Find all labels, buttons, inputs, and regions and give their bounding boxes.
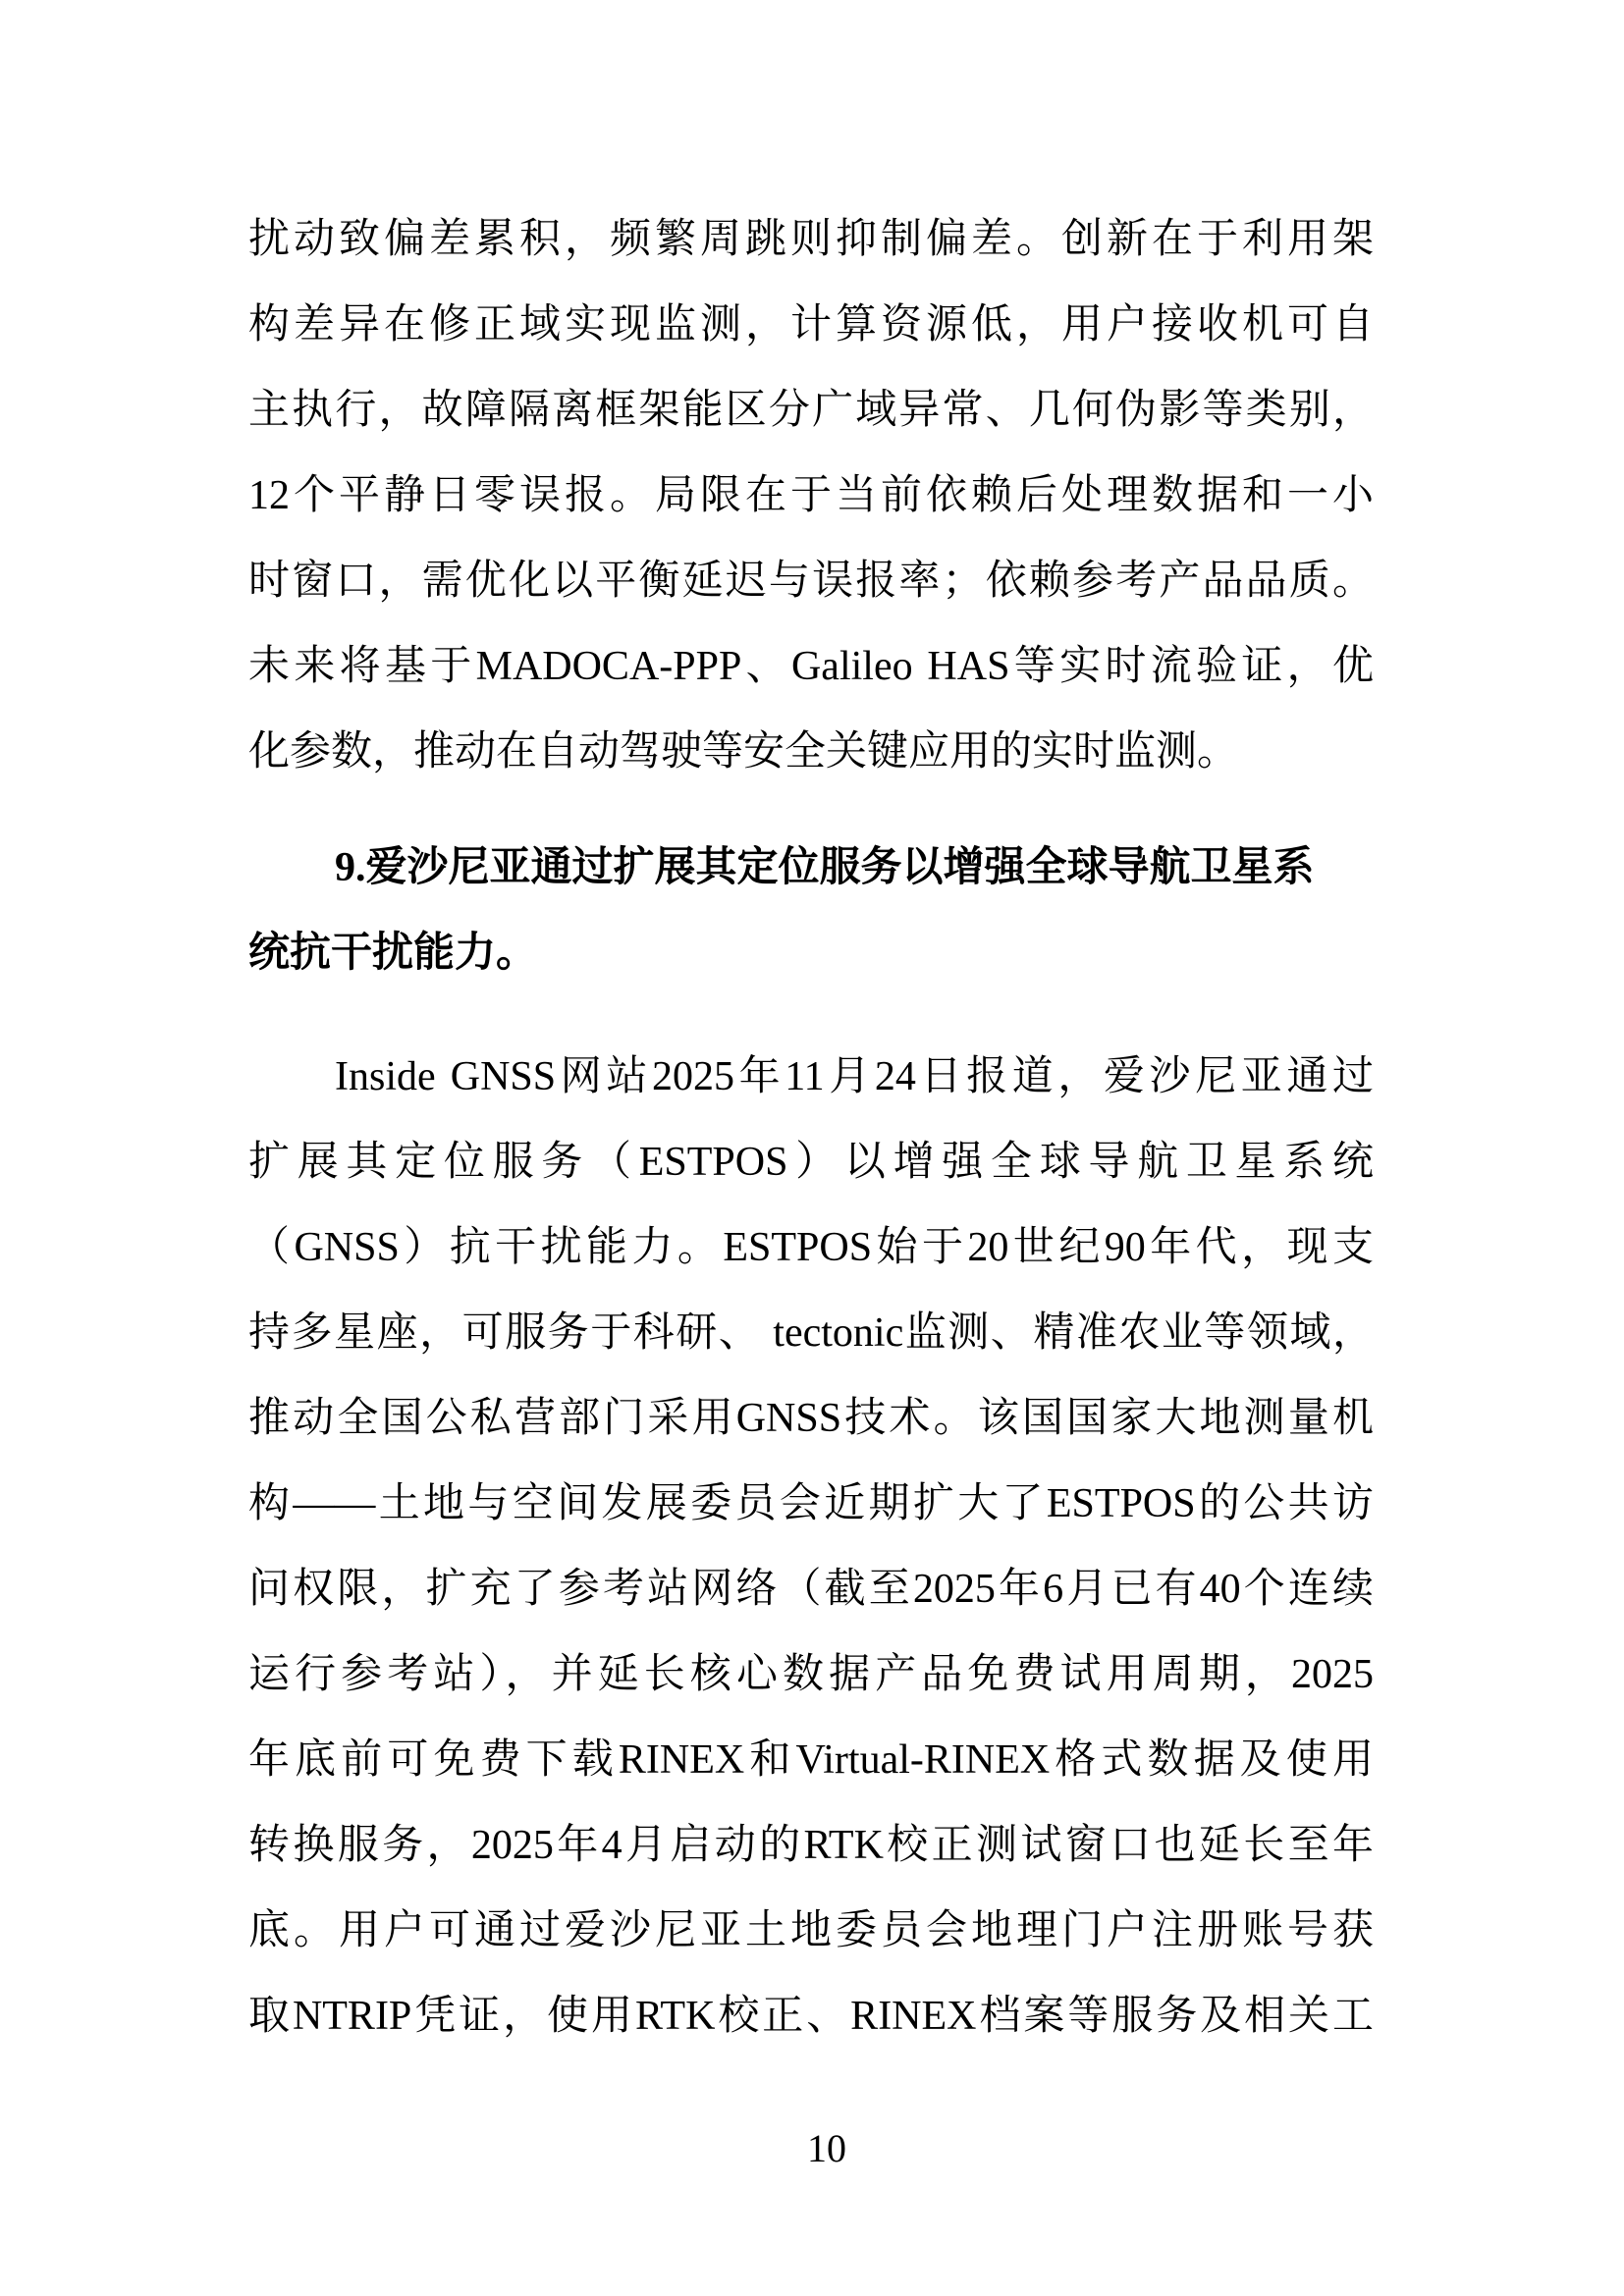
body-line: 构差异在修正域实现监测，计算资源低，用户接收机可自	[248, 283, 1374, 368]
body-line: 扰动致偏差累积，频繁周跳则抑制偏差。创新在于利用架	[248, 197, 1374, 283]
body-line: 持多星座，可服务于科研、 tectonic监测、精准农业等领域，	[248, 1291, 1374, 1376]
body-line: 化参数，推动在自动驾驶等安全关键应用的实时监测。	[248, 710, 1374, 795]
body-line: 底。用户可通过爱沙尼亚土地委员会地理门户注册账号获	[248, 1889, 1374, 1974]
paragraph-continuation: 扰动致偏差累积，频繁周跳则抑制偏差。创新在于利用架 构差异在修正域实现监测，计算…	[248, 197, 1374, 795]
document-page: 扰动致偏差累积，频繁周跳则抑制偏差。创新在于利用架 构差异在修正域实现监测，计算…	[0, 0, 1624, 2296]
body-line: 年底前可免费下载RINEX和Virtual-RINEX格式数据及使用	[248, 1718, 1374, 1803]
body-line: 问权限，扩充了参考站网络（截至2025年6月已有40个连续	[248, 1547, 1374, 1632]
body-line: 转换服务，2025年4月启动的RTK校正测试窗口也延长至年	[248, 1803, 1374, 1889]
body-line: 12个平静日零误报。局限在于当前依赖后处理数据和一小	[248, 454, 1374, 539]
body-line: 运行参考站），并延长核心数据产品免费试用周期，2025	[248, 1632, 1374, 1718]
body-line: Inside GNSS网站2025年11月24日报道，爱沙尼亚通过	[248, 1035, 1374, 1120]
page-number: 10	[0, 2126, 1624, 2171]
text-content: 扰动致偏差累积，频繁周跳则抑制偏差。创新在于利用架 构差异在修正域实现监测，计算…	[248, 197, 1374, 2059]
section-heading: 9.爱沙尼亚通过扩展其定位服务以增强全球导航卫星系 统抗干扰能力。	[248, 826, 1374, 996]
body-line: 构——土地与空间发展委员会近期扩大了ESTPOS的公共访	[248, 1462, 1374, 1547]
body-line: 未来将基于MADOCA-PPP、Galileo HAS等实时流验证，优	[248, 624, 1374, 710]
body-line: 取NTRIP凭证，使用RTK校正、RINEX档案等服务及相关工	[248, 1974, 1374, 2059]
body-line: 推动全国公私营部门采用GNSS技术。该国国家大地测量机	[248, 1376, 1374, 1462]
body-line: 时窗口，需优化以平衡延迟与误报率；依赖参考产品品质。	[248, 539, 1374, 624]
body-line: 主执行，故障隔离框架能区分广域异常、几何伪影等类别，	[248, 368, 1374, 454]
heading-line: 9.爱沙尼亚通过扩展其定位服务以增强全球导航卫星系	[248, 826, 1374, 911]
body-line: （GNSS）抗干扰能力。ESTPOS始于20世纪90年代，现支	[248, 1205, 1374, 1291]
body-line: 扩展其定位服务（ESTPOS）以增强全球导航卫星系统	[248, 1120, 1374, 1205]
paragraph-body: Inside GNSS网站2025年11月24日报道，爱沙尼亚通过 扩展其定位服…	[248, 1035, 1374, 2059]
heading-line: 统抗干扰能力。	[248, 911, 1374, 996]
